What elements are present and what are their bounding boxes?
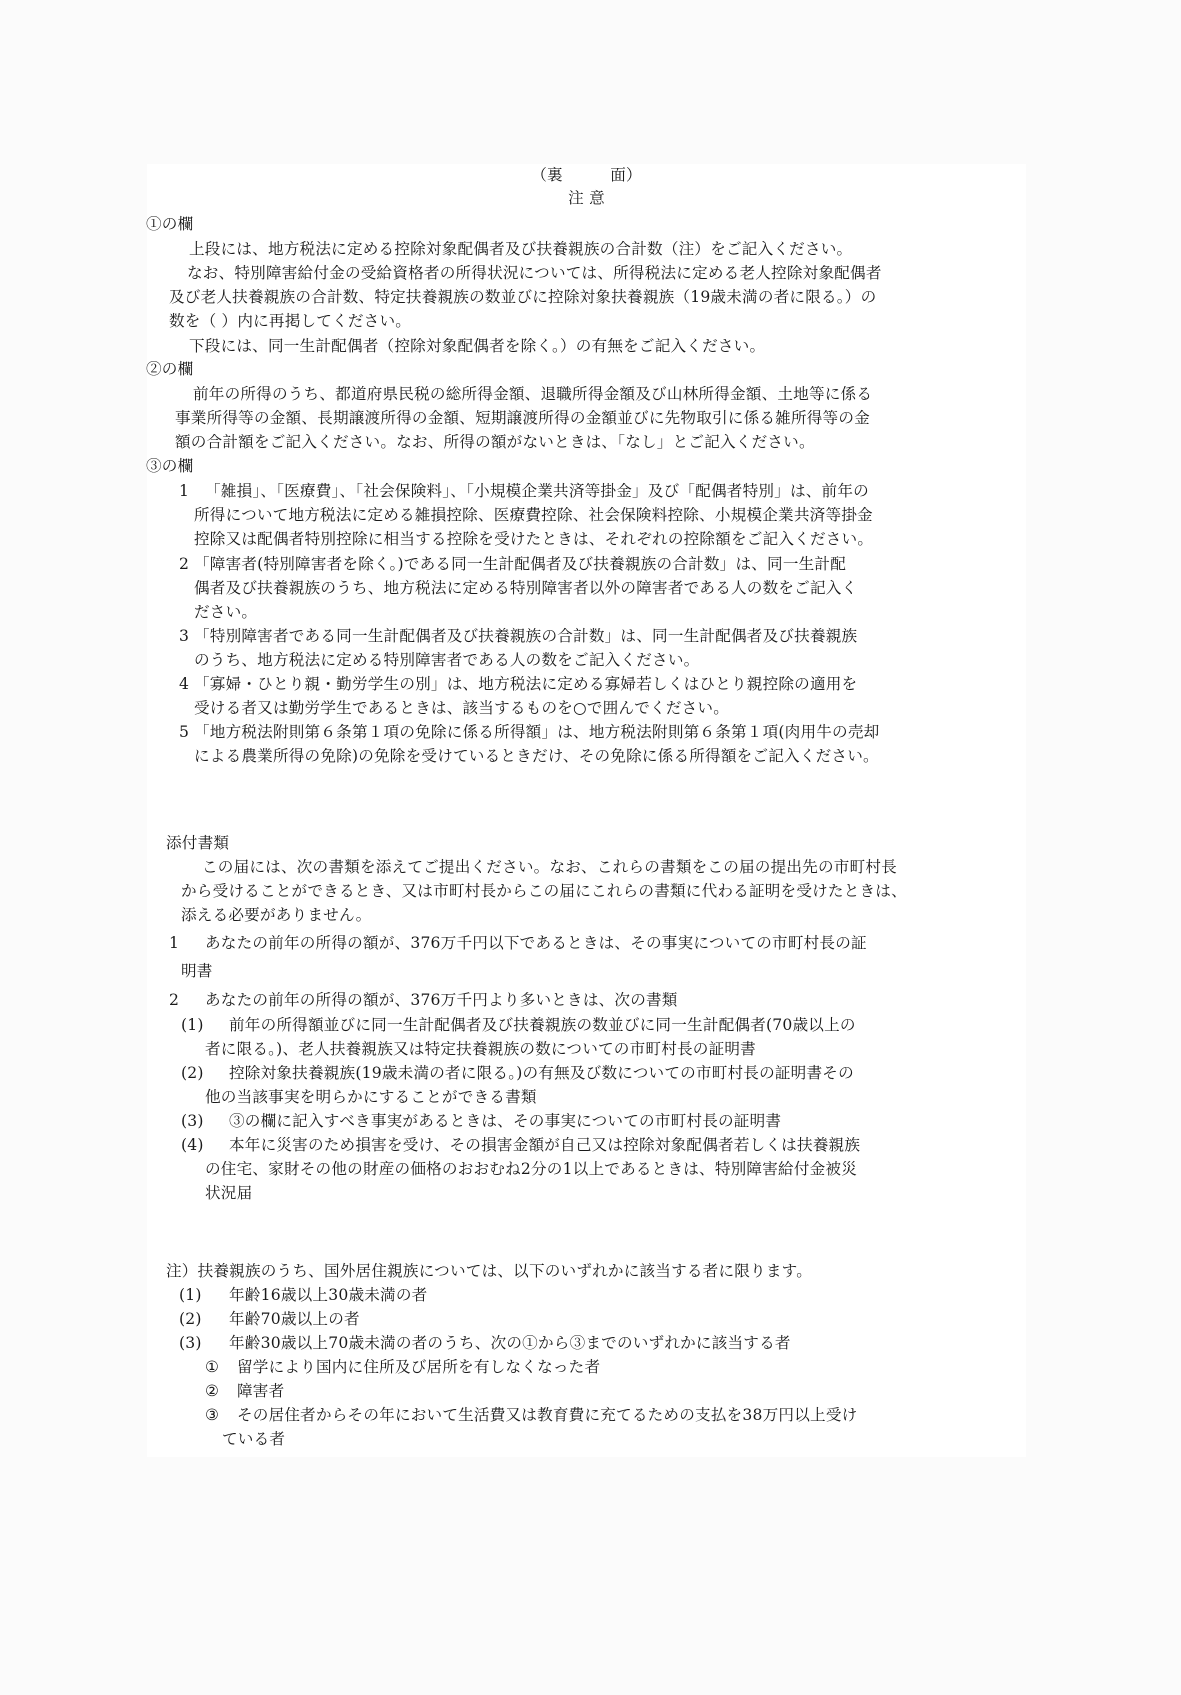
- section3-item-line: 「地方税法附則第６条第１項の免除に係る所得額」は、地方税法附則第６条第１項(肉用…: [194, 721, 879, 743]
- attachment-item-number: 1: [169, 932, 179, 954]
- attachment-subitem-number: (3): [181, 1110, 204, 1132]
- attachments-intro-line: 添える必要がありません。: [181, 904, 371, 926]
- note-item-text: 年齢70歳以上の者: [229, 1308, 360, 1330]
- attachments-intro-line: から受けることができるとき、又は市町村長からこの届にこれらの書類に代わる証明を受…: [181, 880, 907, 902]
- section2-line: 額の合計額をご記入ください。なお、所得の額がないときは、「なし」とご記入ください…: [175, 431, 815, 453]
- attachment-subitem-number: (2): [181, 1062, 204, 1084]
- note-item-number: (3): [179, 1332, 202, 1354]
- section1-line: なお、特別障害給付金の受給資格者の所得状況については、所得税法に定める老人控除対…: [187, 262, 882, 284]
- section1-heading: ①の欄: [146, 213, 193, 235]
- attachments-intro-line: この届には、次の書類を添えてご提出ください。なお、これらの書類をこの届の提出先の…: [202, 856, 897, 878]
- section3-item-number: 1: [179, 480, 189, 502]
- section1-line: 下段には、同一生計配偶者（控除対象配偶者を除く。）の有無をご記入ください。: [189, 335, 765, 357]
- section3-item-number: 4: [179, 673, 189, 695]
- section2-line: 前年の所得のうち、都道府県民税の総所得金額、退職所得金額及び山林所得金額、土地等…: [193, 383, 872, 405]
- section1-line: 上段には、地方税法に定める控除対象配偶者及び扶養親族の合計数（注）をご記入くださ…: [189, 238, 852, 260]
- note-subitem-line: その居住者からその年において生活費又は教育費に充てるための支払を38万円以上受け: [237, 1404, 857, 1426]
- attachment-subitem-number: (4): [181, 1134, 204, 1156]
- section3-item-line: のうち、地方税法に定める特別障害者である人の数をご記入ください。: [194, 649, 699, 671]
- attachment-subitem-line: 控除対象扶養親族(19歳未満の者に限る。)の有無及び数についての市町村長の証明書…: [229, 1062, 854, 1084]
- section3-item-line: 「障害者(特別障害者を除く。)である同一生計配偶者及び扶養親族の合計数」は、同一…: [194, 553, 846, 575]
- note-subitem-number: ①: [205, 1356, 219, 1378]
- note-heading: 注）扶養親族のうち、国外居住親族については、以下のいずれかに該当する者に限ります…: [166, 1260, 812, 1282]
- note-subitem-number: ③: [205, 1404, 219, 1426]
- document-page: （裏 面） 注 意 ①の欄 上段には、地方税法に定める控除対象配偶者及び扶養親族…: [147, 164, 1026, 1457]
- section3-item-line: 受ける者又は勤労学生であるときは、該当するものを○で囲んでください。: [194, 697, 729, 719]
- attachment-subitem-line: 者に限る。)、老人扶養親族又は特定扶養親族の数についての市町村長の証明書: [205, 1038, 756, 1060]
- section2-heading: ②の欄: [146, 358, 193, 380]
- attachment-item-number: 2: [169, 989, 179, 1011]
- note-item-number: (2): [179, 1308, 202, 1330]
- section2-line: 事業所得等の金額、長期譲渡所得の金額、短期譲渡所得の金額並びに先物取引に係る雑所…: [175, 407, 870, 429]
- section3-item-line: 「特別障害者である同一生計配偶者及び扶養親族の合計数」は、同一生計配偶者及び扶養…: [194, 625, 857, 647]
- section3-item-number: 3: [179, 625, 189, 647]
- note-subitem-number: ②: [205, 1380, 219, 1402]
- attachment-item-line: あなたの前年の所得の額が、376万千円以下であるときは、その事実についての市町村…: [205, 932, 867, 954]
- section3-item-line: ださい。: [194, 601, 257, 623]
- attachment-item-text: あなたの前年の所得の額が、376万千円より多いときは、次の書類: [205, 989, 678, 1011]
- note-subitem-line: 障害者: [237, 1380, 284, 1402]
- section3-item-number: 5: [179, 721, 189, 743]
- section3-item-number: 2: [179, 553, 189, 575]
- note-subitem-line: 留学により国内に住所及び居所を有しなくなった者: [237, 1356, 600, 1378]
- section3-heading: ③の欄: [146, 455, 193, 477]
- note-subitem-line: ている者: [222, 1428, 285, 1450]
- section3-item-line: 「雑損」、「医療費」、「社会保険料」、「小規模企業共済等掛金」及び「配偶者特別」…: [205, 480, 869, 502]
- page-side-label: （裏 面）: [147, 164, 1026, 186]
- attachment-subitem-line: の住宅、家財その他の財産の価格のおおむね2分の1以上であるときは、特別障害給付金…: [205, 1158, 857, 1180]
- note-item-text: 年齢16歳以上30歳未満の者: [229, 1284, 427, 1306]
- section3-item-line: 控除又は配偶者特別控除に相当する控除を受けたときは、それぞれの控除額をご記入くだ…: [194, 528, 873, 550]
- section3-item-line: 「寡婦・ひとり親・勤労学生の別」は、地方税法に定める寡婦若しくはひとり親控除の適…: [194, 673, 857, 695]
- section1-line: 及び老人扶養親族の合計数、特定扶養親族の数並びに控除対象扶養親族（19歳未満の者…: [169, 286, 876, 308]
- attachment-subitem-line: 他の当該事実を明らかにすることができる書類: [205, 1086, 537, 1108]
- attachment-item-line: 明書: [181, 960, 213, 982]
- attachment-subitem-line: 前年の所得額並びに同一生計配偶者及び扶養親族の数並びに同一生計配偶者(70歳以上…: [229, 1014, 856, 1036]
- attachment-subitem-number: (1): [181, 1014, 204, 1036]
- section3-item-line: 偶者及び扶養親族のうち、地方税法に定める特別障害者以外の障害者である人の数をご記…: [194, 577, 857, 599]
- attachment-subitem-line: 本年に災害のため損害を受け、その損害金額が自己又は控除対象配偶者若しくは扶養親族: [229, 1134, 860, 1156]
- section1-line: 数を（ ）内に再掲してください。: [169, 310, 411, 332]
- section3-item-line: 所得について地方税法に定める雑損控除、医療費控除、社会保険料控除、小規模企業共済…: [194, 504, 873, 526]
- attachment-subitem-line: ③の欄に記入すべき事実があるときは、その事実についての市町村長の証明書: [229, 1110, 781, 1132]
- note-item-text: 年齢30歳以上70歳未満の者のうち、次の①から③までのいずれかに該当する者: [229, 1332, 791, 1354]
- page-title: 注 意: [147, 187, 1026, 209]
- note-item-number: (1): [179, 1284, 202, 1306]
- section3-item-line: による農業所得の免除)の免除を受けているときだけ、その免除に係る所得額をご記入く…: [194, 745, 879, 767]
- attachments-heading: 添付書類: [166, 832, 229, 854]
- attachment-subitem-line: 状況届: [205, 1182, 252, 1204]
